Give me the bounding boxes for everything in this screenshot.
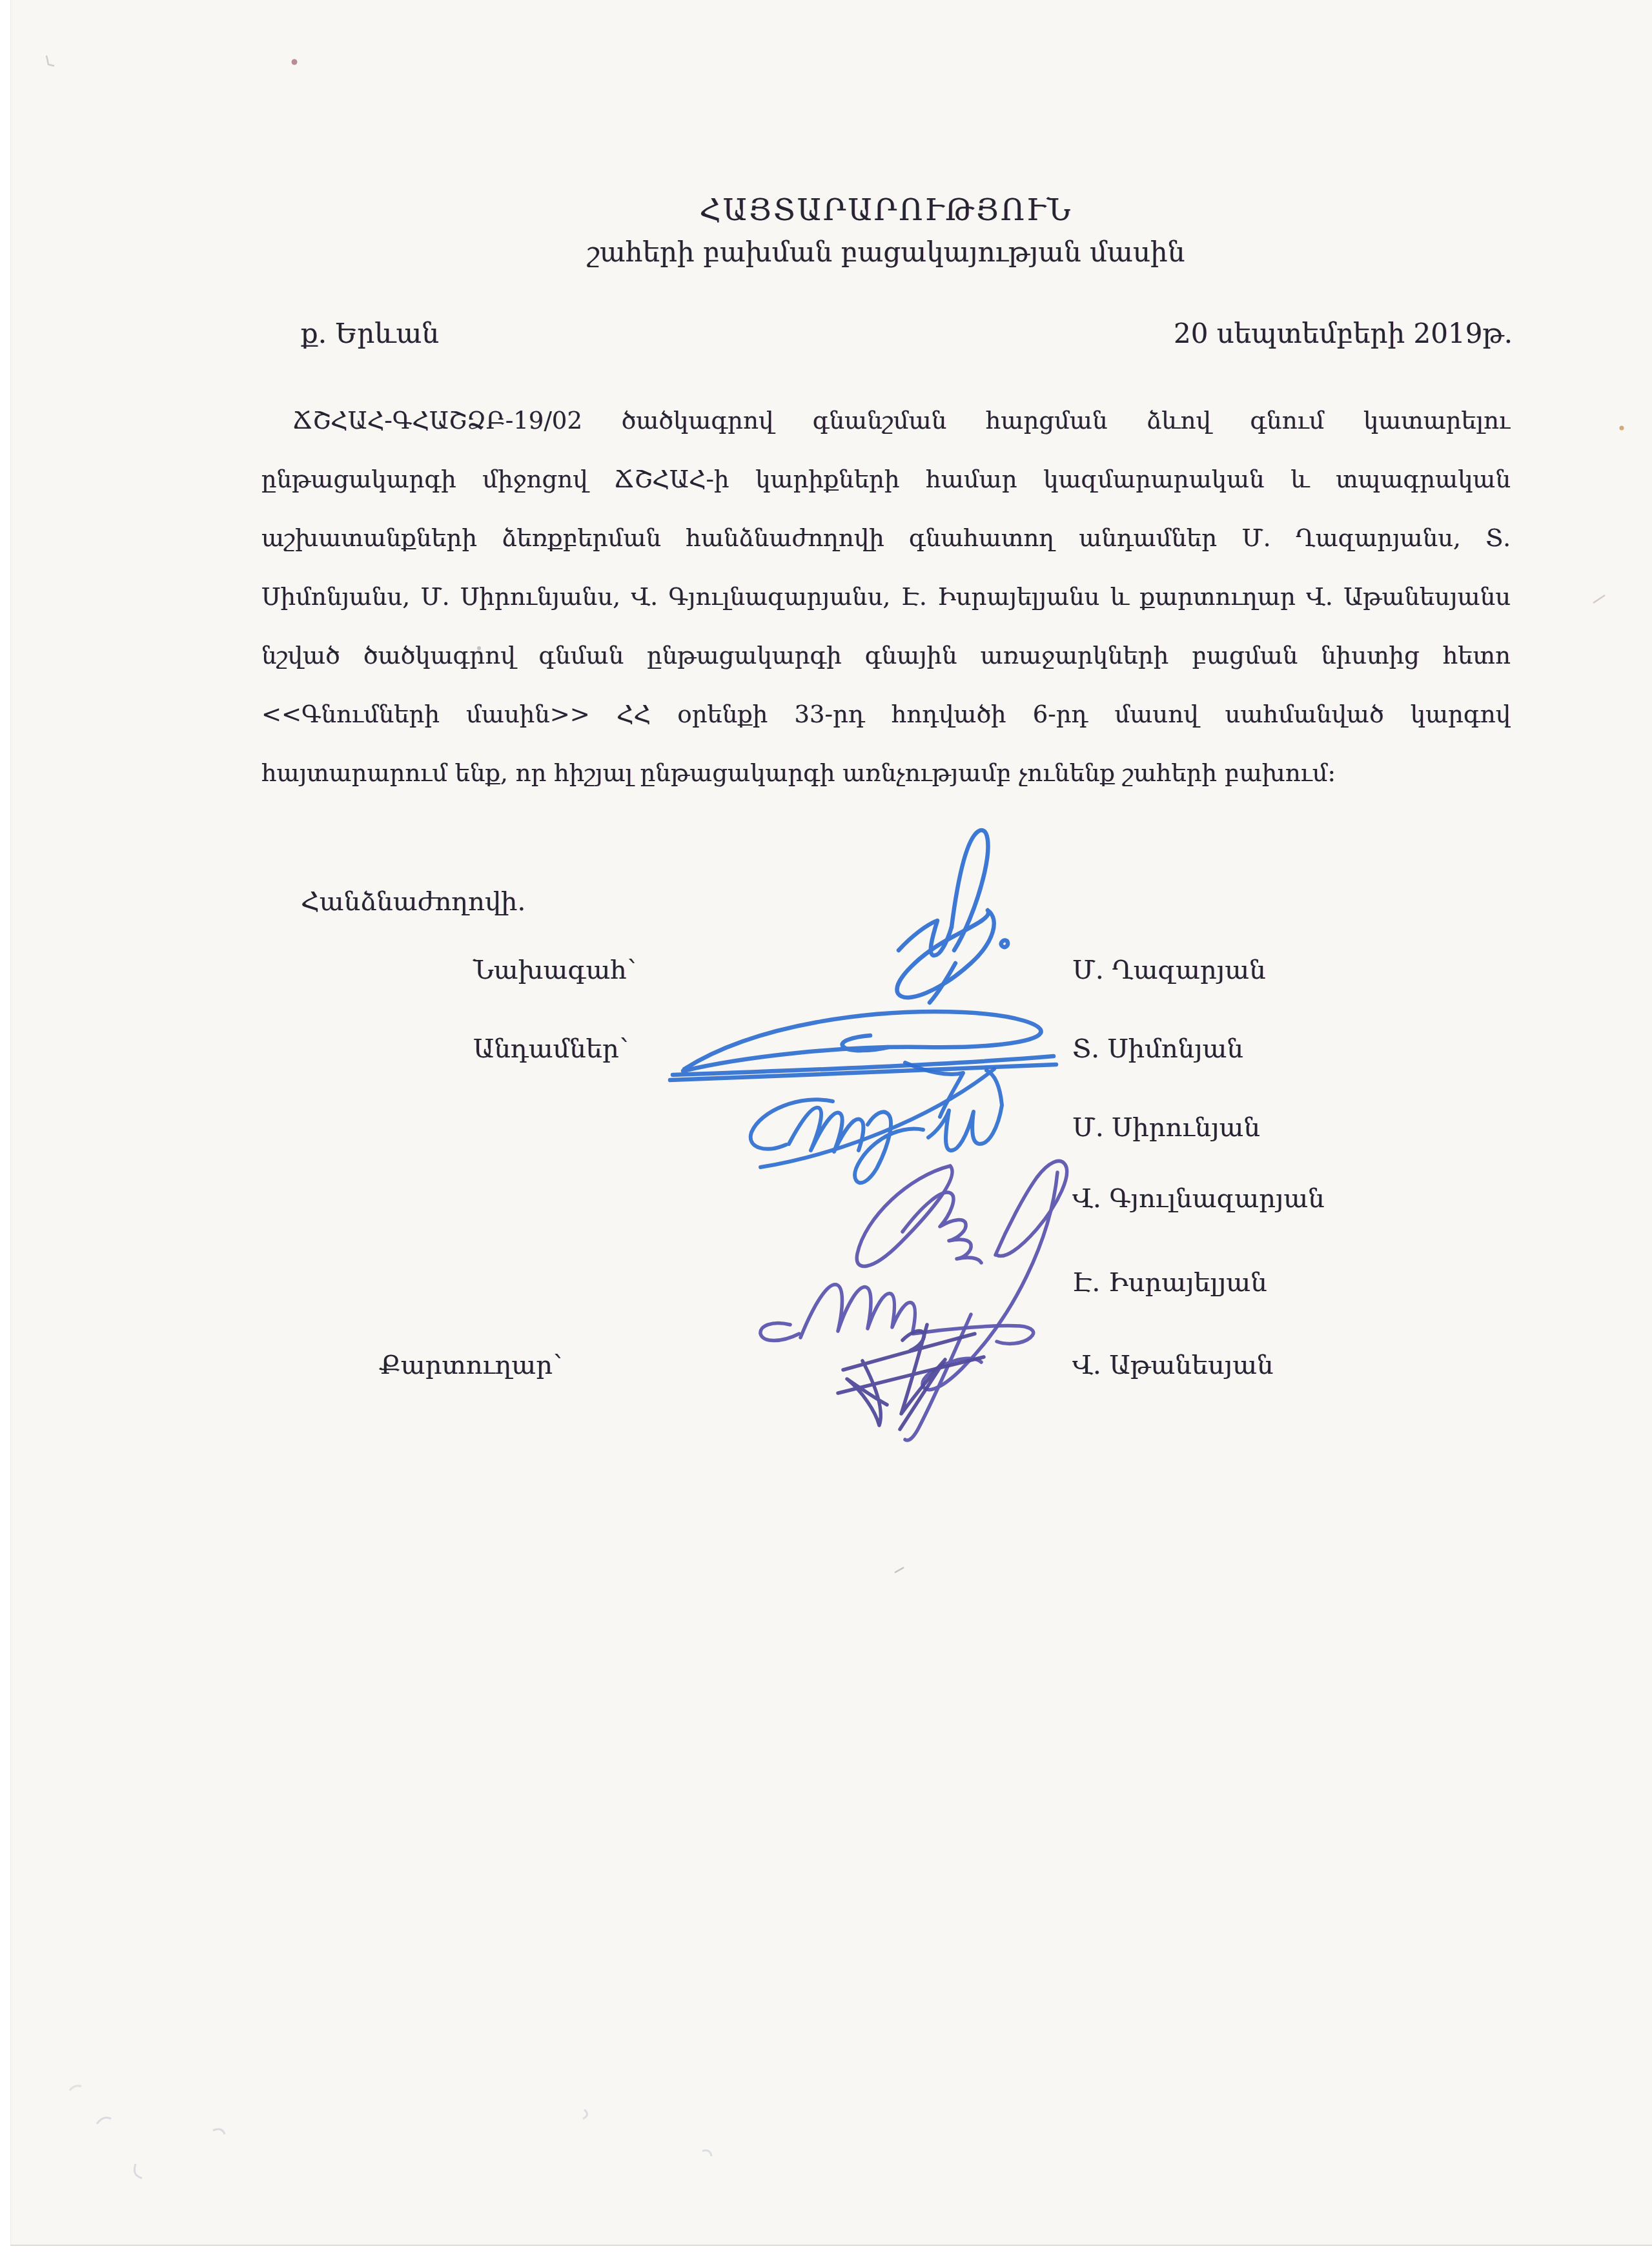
scan-edge-bottom — [10, 2245, 1652, 2246]
body-line: նշված ծածկագրով գնման ընթացակարգի գնային… — [261, 626, 1511, 685]
signer-name: Մ. Սիրունյան — [1072, 1113, 1260, 1143]
signer-role-secretary: Քարտուղար՝ — [379, 1351, 562, 1380]
scanned-document-page: ՀԱՅՏԱՐԱՐՈՒԹՅՈՒՆ շահերի բախման բացակայութ… — [0, 0, 1652, 2264]
body-line: ընթացակարգի միջոցով ՃՇՀԱՀ-ի կարիքների հա… — [261, 450, 1511, 509]
signer-name: Է. Իսրայելյան — [1072, 1268, 1267, 1298]
body-paragraph: ՃՇՀԱՀ-ԳՀԱՇՁԲ-19/02 ծածկագրով գնանշման հա… — [261, 391, 1511, 802]
signer-name: Տ. Սիմոնյան — [1072, 1034, 1243, 1064]
body-line: ՃՇՀԱՀ-ԳՀԱՇՁԲ-19/02 ծածկագրով գնանշման հա… — [261, 391, 1511, 450]
place-label: ք. Երևան — [301, 318, 439, 349]
signer-role-chairman: Նախագահ՝ — [473, 955, 636, 985]
body-line: <<Գնումների մասին>> ՀՀ օրենքի 33-րդ հոդվ… — [261, 685, 1511, 744]
signer-name: Մ. Ղազարյան — [1072, 955, 1266, 985]
signer-role-members: Անդամներ՝ — [473, 1034, 628, 1064]
signer-name: Վ. Աթանեսյան — [1072, 1351, 1274, 1380]
signer-name: Վ. Գյուլնազարյան — [1072, 1184, 1325, 1214]
body-line: Սիմոնյանս, Մ. Սիրունյանս, Վ. Գյուլնազարյ… — [261, 567, 1511, 626]
committee-label: Հանձնաժողովի. — [301, 887, 525, 917]
date-label: 20 սեպտեմբերի 2019թ. — [1174, 318, 1513, 349]
body-line: աշխատանքների ձեռքբերման հանձնաժողովի գնա… — [261, 509, 1511, 567]
document-title: ՀԱՅՏԱՐԱՐՈՒԹՅՈՒՆ — [261, 192, 1511, 227]
document-subtitle: շահերի բախման բացակայության մասին — [261, 236, 1511, 268]
body-line: հայտարարում ենք, որ հիշյալ ընթացակարգի ա… — [261, 744, 1511, 802]
scan-edge-left — [10, 0, 11, 2246]
